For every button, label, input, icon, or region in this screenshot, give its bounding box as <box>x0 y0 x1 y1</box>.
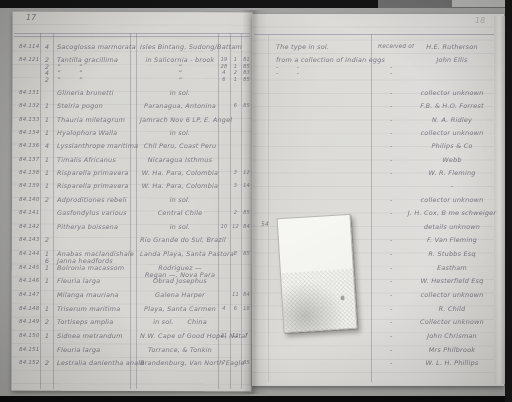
ditto-mark: - <box>390 143 400 150</box>
locality: Jamrach Nov 6 LP, E. Angel <box>140 117 220 124</box>
photo-right-edge <box>505 0 512 402</box>
registration-number: 84.144 <box>19 251 41 258</box>
species-name: Glineria brunetti <box>57 90 129 97</box>
ditto-mark: - <box>390 306 400 313</box>
ditto-mark: - <box>390 103 400 110</box>
registration-number: 84.139 <box>19 183 41 190</box>
received-from-name: details unknown <box>406 224 498 231</box>
date-year: 85 <box>241 210 252 217</box>
background-object <box>452 0 512 7</box>
registration-number: 84.149 <box>19 319 41 326</box>
registration-number: 84.138 <box>19 170 41 177</box>
date-month: 6 <box>230 103 241 110</box>
ditto-mark: - <box>390 265 400 272</box>
date-month: 8 <box>230 251 241 258</box>
specimen-count: 1 <box>42 157 52 164</box>
ditto-mark: - <box>390 130 400 137</box>
ditto-mark: - <box>390 197 400 204</box>
locality: Torrance, & Tonkin <box>140 347 220 354</box>
registration-number: 84.151 <box>19 347 41 354</box>
received-from-name: F.B. & H.O. Forrest <box>406 103 498 110</box>
received-from-name: Collector unknown <box>406 319 498 326</box>
page-number-right: 18 <box>475 16 485 25</box>
ledger-row: 84.1391Risparella primaveraW. Ha. Para, … <box>0 183 512 196</box>
registration-number: 84.140 <box>19 197 41 204</box>
date-year: 12 <box>241 170 252 177</box>
received-from-name: Eastham <box>406 265 498 272</box>
species-name: Fleuria larga <box>57 347 129 354</box>
species-name: Milanga mauriana <box>57 292 129 299</box>
ditto-mark: - <box>390 251 400 258</box>
species-name: Timalis Africanus <box>57 157 129 164</box>
ditto-mark: - <box>390 117 400 124</box>
date-year: 83 <box>241 70 252 77</box>
ledger-row: 84.141Gasfondylus variousCentral Chile28… <box>0 210 512 223</box>
registration-number: 84.131 <box>19 90 41 97</box>
species-name: Bolronia macassom <box>57 265 129 272</box>
date-day: 4 <box>218 70 230 77</box>
ditto-mark: - <box>390 319 400 326</box>
species-name: Adproditiones rebeli <box>57 197 129 204</box>
received-from-name: - <box>406 183 498 190</box>
date-month: 2 <box>230 210 241 217</box>
species-name: Tortiseps amplia <box>57 319 129 326</box>
registration-number: 84.143 <box>19 237 41 244</box>
species-name: Sacoglossa marmorata <box>57 44 129 51</box>
locality: W. Ha. Para, Colombia <box>140 170 220 177</box>
received-from-name: Mrs Philbrook <box>406 347 498 354</box>
date-month: 6 <box>230 306 241 313</box>
acquisition-note: The type in sol. <box>276 44 370 51</box>
date-year: 18 <box>241 306 252 313</box>
ditto-mark: - <box>390 157 400 164</box>
card-embossed-texture <box>281 269 356 332</box>
registration-number: 84.133 <box>19 117 41 124</box>
received-from-name: Philips & Co <box>406 143 498 150</box>
species-name: Sidnea metrandum <box>57 333 129 340</box>
registration-number: 84.152 <box>19 360 41 367</box>
received-from-name: J. H. Cox, B me schweiger <box>406 210 498 217</box>
received-from-name: W. L. H. Phillips <box>406 360 498 367</box>
locality: in sol. <box>140 224 220 231</box>
locality: ” <box>140 77 220 84</box>
locality: W. Ha. Para, Colombia <box>140 183 220 190</box>
locality: Nicaragua Isthmus <box>140 157 220 164</box>
ledger-row: 84.1432Rio Grande do Sul, Brazil-F. Van … <box>0 237 512 250</box>
specimen-count: 2 <box>42 237 52 244</box>
received-from-name: collector unknown <box>406 197 498 204</box>
specimen-count: 1 <box>42 278 52 285</box>
date-year: 84 <box>241 292 252 299</box>
ledger-row: 84.1321Steiria pogonParanagua, Antonina6… <box>0 103 512 116</box>
species-name: Hyalophora Walla <box>57 130 129 137</box>
locality: Isles Bintang, Sudong/Battam <box>140 44 220 51</box>
header-rule <box>14 33 250 34</box>
received-from-name: R. Child <box>406 306 498 313</box>
date-month: 3 <box>230 170 241 177</box>
date-day: 21 <box>218 333 230 340</box>
registration-number: 84.142 <box>19 224 41 231</box>
date-year: 81 <box>241 57 252 64</box>
registration-number: 84.147 <box>19 292 41 299</box>
received-from-name: W. R. Fleming <box>406 170 498 177</box>
species-name: Triserum maritima <box>57 306 129 313</box>
ditto-mark: - <box>390 278 400 285</box>
registration-number: 84.148 <box>19 306 41 313</box>
registration-number: 84.141 <box>19 210 41 217</box>
specimen-count: 1 <box>42 103 52 110</box>
locality: Obrad Josephus <box>140 278 220 285</box>
species-name: ” ” <box>57 77 129 84</box>
received-from-name: collector unknown <box>406 292 498 299</box>
specimen-count: 4 <box>42 44 52 51</box>
date-year: 85 <box>241 77 252 84</box>
locality: Central Chile <box>140 210 220 217</box>
date-year: 85 <box>241 251 252 258</box>
received-from-name: John Ellis <box>406 57 498 64</box>
date-month: 3 <box>230 183 241 190</box>
locality: Playa, Santa Carmen <box>140 306 220 313</box>
date-year: 85 <box>241 360 252 367</box>
date-year: 14 <box>241 183 252 190</box>
ledger-row: 84.1501Sidnea metrandumN.W. Cape of Good… <box>0 333 512 346</box>
registration-number: 84.136 <box>19 143 41 150</box>
date-month: 1 <box>230 57 241 64</box>
received-from-name: Webb <box>406 157 498 164</box>
locality: Paranagua, Antonina <box>140 103 220 110</box>
date-day: 6 <box>218 77 230 84</box>
ledger-row: 84.1461Fleuria largaObrad Josephus-W. He… <box>0 278 512 291</box>
locality: N.W. Cape of Good Hope, Natal <box>140 333 220 340</box>
received-from-name: collector unknown <box>406 130 498 137</box>
species-name: Gasfondylus various <box>57 210 129 217</box>
received-from-name: F. Van Fleming <box>406 237 498 244</box>
species-name: Lyssianthrope maritima <box>57 143 129 150</box>
specimen-count: 4 <box>42 143 52 150</box>
specimen-count: 1 <box>42 183 52 190</box>
specimen-count: 1 <box>42 130 52 137</box>
specimen-count: 1 <box>42 306 52 313</box>
acquisition-note: - - <box>276 70 370 77</box>
species-name: Pitherya boissena <box>57 224 129 231</box>
received-from-name: John Chrisman <box>406 333 498 340</box>
locality: Rio Grande do Sul, Brazil <box>140 237 220 244</box>
photo-bottom-edge <box>0 396 512 402</box>
date-day: 19 <box>218 57 230 64</box>
species-name: Risparella primavera <box>57 170 129 177</box>
specimen-count: 2 <box>42 360 52 367</box>
date-day: 7 <box>218 360 230 367</box>
received-from-name: H.E. Rutherson <box>406 44 498 51</box>
specimen-count: 2 <box>42 197 52 204</box>
specimen-count: 2 <box>42 319 52 326</box>
species-name: Risparella primavera <box>57 183 129 190</box>
species-name: Steiria pogon <box>57 103 129 110</box>
specimen-count: 1 <box>42 170 52 177</box>
ledger-row: 84.1364Lyssianthrope maritimaChil Peru, … <box>0 143 512 156</box>
date-year: 7 <box>241 333 252 340</box>
locality: Brandenburg, Van North Eagle <box>140 360 220 367</box>
date-month: 1 <box>230 77 241 84</box>
received-from-name: W. Hesterfield Esq <box>406 278 498 285</box>
header-rule <box>254 34 494 35</box>
ledger-row: 84.1522Lestralia danientha analaBrandenb… <box>0 360 512 373</box>
registration-number: 84.146 <box>19 278 41 285</box>
specimen-count: 1 <box>42 265 52 272</box>
species-name: Fleuria larga <box>57 278 129 285</box>
date-month: 11 <box>230 333 241 340</box>
registration-number: 84.150 <box>19 333 41 340</box>
ditto-mark: - <box>390 210 400 217</box>
header-rule <box>14 36 250 37</box>
ditto-mark: - <box>390 170 400 177</box>
ditto-mark: - <box>390 347 400 354</box>
date-day: 10 <box>218 224 230 231</box>
received-from-name: collector unknown <box>406 90 498 97</box>
registration-number: 84.137 <box>19 157 41 164</box>
photograph-of-register: 17 18 54 84.1144Sacoglossa marmorataIsle… <box>0 0 512 402</box>
locality: Chil Peru, Coast Peru <box>140 143 220 150</box>
species-name: Thauria miletagrum <box>57 117 129 124</box>
registration-number: 84.134 <box>19 130 41 137</box>
locality: in sol. <box>140 130 220 137</box>
registration-number: 84.121 <box>19 57 41 64</box>
ditto-mark: - <box>390 70 400 77</box>
ditto-mark: - <box>390 292 400 299</box>
locality: in sol. China <box>140 319 220 326</box>
specimen-count: 1 <box>42 333 52 340</box>
ditto-mark: - <box>390 237 400 244</box>
specimen-count: 1 <box>42 117 52 124</box>
locality: in sol. <box>140 197 220 204</box>
registration-number: 84.132 <box>19 103 41 110</box>
registration-number: 84.114 <box>19 44 41 51</box>
ditto-mark: - <box>390 90 400 97</box>
received-from-name: R. Stubbs Esq <box>406 251 498 258</box>
loose-specimen-card <box>277 214 358 333</box>
date-month: 2 <box>230 70 241 77</box>
locality: Galena Harper <box>140 292 220 299</box>
date-month: 11 <box>230 292 241 299</box>
ditto-mark: - <box>390 333 400 340</box>
species-name: Lestralia danientha anala <box>57 360 129 367</box>
date-year: 84 <box>241 224 252 231</box>
locality: in sol. <box>140 90 220 97</box>
ditto-mark: - <box>390 360 400 367</box>
locality: Landa Playa, Santa Pastora <box>140 251 220 258</box>
page-number-left: 17 <box>26 13 36 22</box>
specimen-count: 2 <box>42 77 52 84</box>
date-month: 12 <box>230 224 241 231</box>
registration-number: 84.145 <box>19 265 41 272</box>
date-day: 4 <box>218 306 230 313</box>
ledger-row: 84.1492Tortiseps ampliain sol. China-Col… <box>0 319 512 332</box>
date-year: 85 <box>241 103 252 110</box>
ledger-row: 84.147Milanga maurianaGalena Harper1184-… <box>0 292 512 305</box>
received-from-name: N. A. Ridley <box>406 117 498 124</box>
